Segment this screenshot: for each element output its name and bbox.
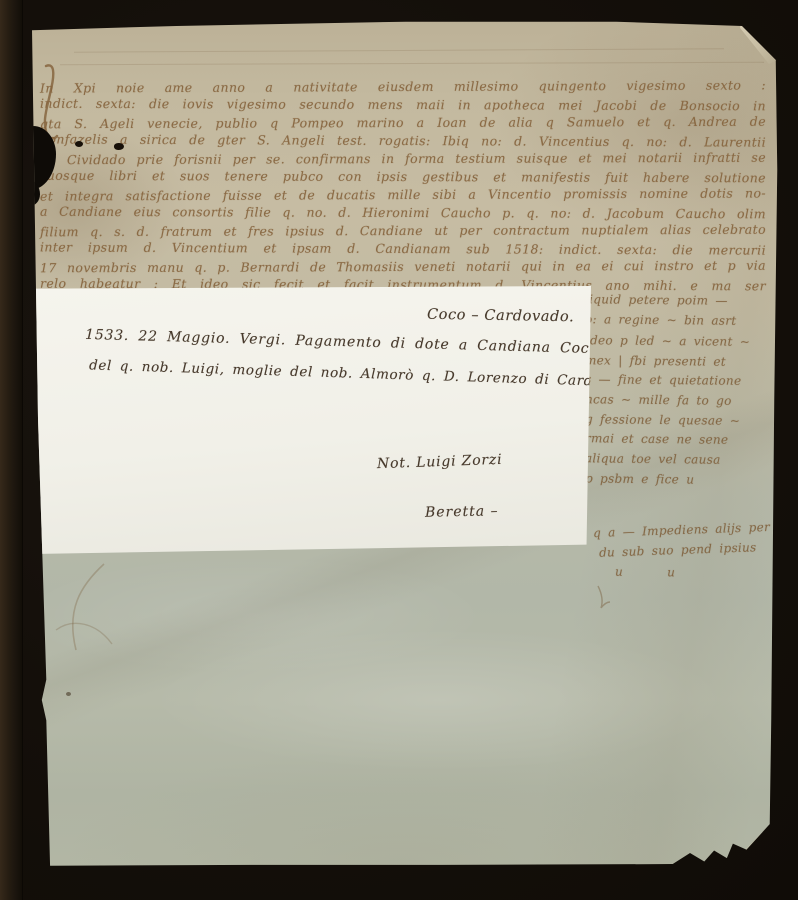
manuscript-line: 17 novembris manu q. p. Bernardi de Thom…	[40, 259, 766, 276]
manuscript-line: filium q. s. d. fratrum et fres ipsius d…	[40, 223, 766, 240]
corner-fold-top-right-icon	[740, 22, 778, 64]
archival-slip: Coco – Cardovado. 1533. 22 Maggio. Vergi…	[33, 286, 591, 554]
parchment-page: In Xpi noie ame anno a nativitate eiusde…	[26, 20, 778, 870]
manuscript-line: In Xpi noie ame anno a nativitate eiusde…	[40, 78, 766, 95]
manuscript-line: de Cividado prie forisnii per se. confir…	[40, 151, 766, 168]
manuscript-line: inter ipsum d. Vincentium et ipsam d. Ca…	[40, 240, 766, 257]
slip-notary-line: Not. Luigi Zorzi	[377, 452, 503, 472]
ink-speck	[66, 692, 71, 696]
manuscript-line: indict. sexta: die iovis vigesimo secund…	[40, 97, 766, 114]
pen-flourish	[46, 558, 130, 662]
slip-detail-line: del q. nob. Luigi, moglie del nob. Almor…	[89, 357, 637, 390]
slip-signature-line: Beretta –	[425, 503, 499, 521]
ink-speck	[114, 143, 124, 150]
binding-edge	[0, 0, 23, 900]
margin-line: aliqua toe vel causa	[585, 451, 721, 466]
margin-line: du sub suo pend ipsius	[599, 540, 757, 559]
margin-line: o: a regine ~ bin asrt	[585, 312, 737, 328]
margin-line: g fessione le quesae ~	[585, 412, 740, 428]
pen-mark	[594, 584, 612, 610]
manuscript-line: bonfazelis a sirica de gter S. Angeli te…	[40, 132, 766, 149]
margin-line: q a — Impediens alijs per	[593, 520, 770, 540]
corner-fold-bottom-right-icon	[730, 824, 772, 864]
margin-line: liquid petere poim —	[585, 292, 728, 307]
margin-line: ncas ~ mille fa to go	[585, 392, 732, 408]
ink-speck	[75, 141, 83, 147]
margin-line: p psbm e fice u	[585, 471, 694, 486]
margin-line: rmai et case ne sene	[585, 431, 728, 447]
manuscript-line: gta S. Ageli venecie, publio q Pompeo ma…	[40, 115, 766, 132]
margin-line: Ideo p led ~ a vicent ~	[585, 333, 750, 349]
margin-line: mex | fbi presenti et	[585, 353, 726, 368]
margin-line: u u	[615, 565, 675, 580]
slip-date-line: 1533. 22 Maggio. Vergi. Pagamento di dot…	[85, 327, 599, 357]
manuscript-scan: In Xpi noie ame anno a nativitate eiusde…	[0, 0, 798, 900]
manuscript-line: a Candiane eius consortis filie q. no. d…	[40, 205, 766, 222]
margin-line: s — fine et quietatione	[585, 372, 742, 388]
manuscript-line: suosque libri et suos tenere pubco con i…	[40, 169, 766, 186]
faint-ruling-line	[74, 48, 724, 52]
faint-ruling-line	[60, 62, 764, 65]
slip-heading: Coco – Cardovado.	[427, 307, 574, 326]
manuscript-line: et integra satisfactione fuisse et de du…	[40, 186, 766, 203]
